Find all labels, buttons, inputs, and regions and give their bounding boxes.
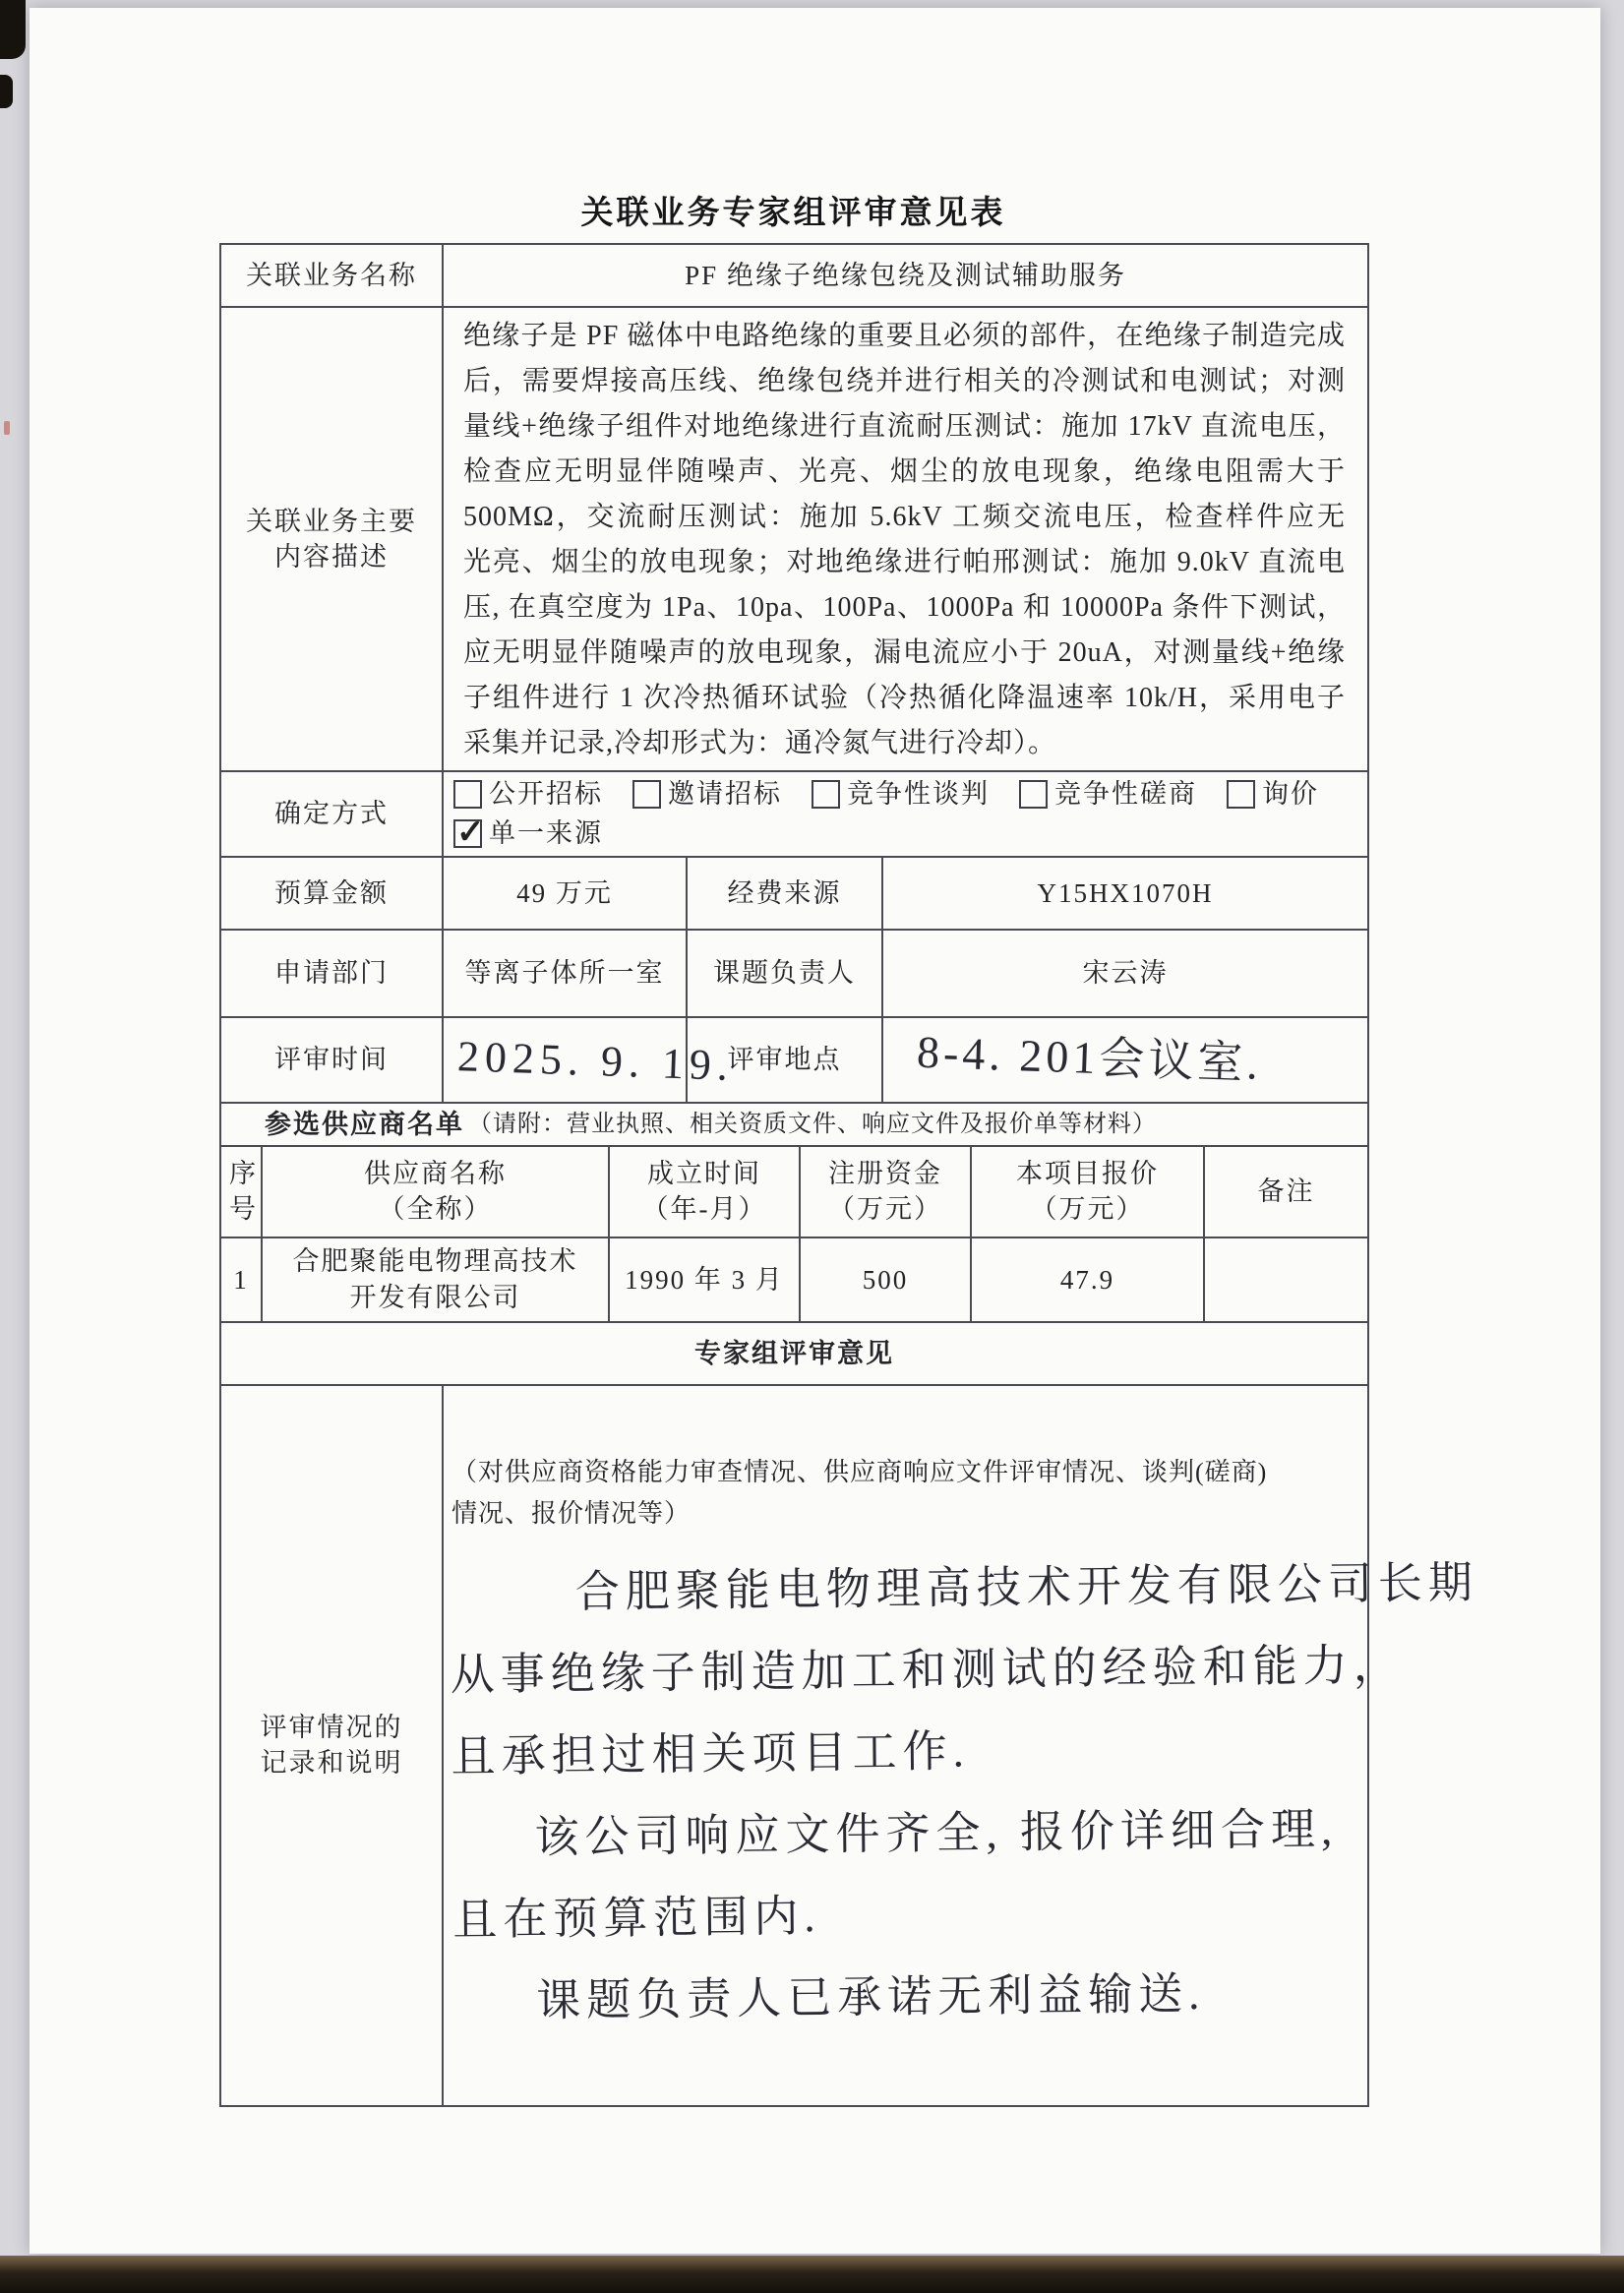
description-value: 绝缘子是 PF 磁体中电路绝缘的重要且必须的部件，在绝缘子制造完成 后，需要焊接… — [443, 307, 1368, 771]
record-label: 评审情况的 记录和说明 — [220, 1385, 443, 2106]
col-supplier-name: 供应商名称 （全称） — [262, 1146, 609, 1237]
opinion-cell: （对供应商资格能力审查情况、供应商响应文件评审情况、谈判(磋商) 情况、报价情况… — [443, 1385, 1368, 2106]
checkbox-checked-icon: ✓ — [453, 819, 482, 848]
col-founded: 成立时间 （年-月） — [609, 1146, 800, 1237]
row-business-name: 关联业务名称 PF 绝缘子绝缘包绕及测试辅助服务 — [220, 244, 1368, 307]
business-name-label: 关联业务名称 — [220, 244, 443, 307]
col-remark: 备注 — [1204, 1146, 1368, 1237]
method-options-row1: 公开招标 邀请招标 竞争性谈判 — [453, 776, 1357, 812]
department-value: 等离子体所一室 — [443, 930, 687, 1017]
funding-value: Y15HX1070H — [882, 857, 1368, 930]
supplier-section-title: 参选供应商名单 （请附：营业执照、相关资质文件、响应文件及报价单等材料） — [229, 1107, 1359, 1142]
method-option: 竞争性磋商 — [1019, 776, 1197, 812]
funding-label: 经费来源 — [687, 857, 882, 930]
expert-section-title: 专家组评审意见 — [220, 1322, 1368, 1385]
expert-table: 专家组评审意见 评审情况的 记录和说明 （对供应商资格能力审查情况、供应商响应文… — [219, 1321, 1369, 2107]
budget-value: 49 万元 — [443, 857, 687, 930]
checkbox-empty-icon — [1227, 780, 1255, 809]
method-options-row2: ✓ 单一来源 — [453, 815, 1357, 851]
review-time-value: 2025. 9. 19. — [443, 1017, 687, 1103]
method-option: 邀请招标 — [632, 776, 782, 812]
method-option: 公开招标 — [453, 776, 603, 812]
scan-artifact — [4, 421, 10, 435]
expert-body-row: 评审情况的 记录和说明 （对供应商资格能力审查情况、供应商响应文件评审情况、谈判… — [220, 1385, 1368, 2106]
business-name-value: PF 绝缘子绝缘包绕及测试辅助服务 — [443, 244, 1368, 307]
supplier-founded: 1990 年 3 月 — [609, 1237, 800, 1322]
review-place-value: 8-4. 201会议室. — [882, 1017, 1368, 1103]
handwritten-place: 8-4. 201会议室. — [890, 1021, 1360, 1099]
supplier-table: 序 号 供应商名称 （全称） 成立时间 （年-月） 注册资金 （万元） 本项目报… — [219, 1145, 1369, 1323]
handwritten-opinion: 合肥聚能电物理高技术开发有限公司长期 从事绝缘子制造加工和测试的经验和能力， 且… — [449, 1544, 1361, 2044]
checkbox-empty-icon — [632, 780, 661, 809]
col-quote: 本项目报价 （万元） — [971, 1146, 1204, 1237]
page-title: 关联业务专家组评审意见表 — [219, 187, 1367, 233]
document: 关联业务专家组评审意见表 关联业务名称 PF 绝缘子绝缘包绕及测试辅助服务 关联… — [219, 187, 1367, 2107]
method-option: 询价 — [1227, 776, 1319, 812]
supplier-name: 合肥聚能电物理高技术 开发有限公司 — [262, 1237, 609, 1322]
supplier-quote: 47.9 — [971, 1237, 1204, 1322]
supplier-row: 1 合肥聚能电物理高技术 开发有限公司 1990 年 3 月 500 47.9 — [220, 1237, 1368, 1322]
handwritten-date: 2025. 9. 19. — [451, 1027, 679, 1093]
checkbox-empty-icon — [1019, 780, 1048, 809]
review-time-label: 评审时间 — [220, 1017, 443, 1103]
checkbox-empty-icon — [812, 780, 840, 809]
description-label: 关联业务主要 内容描述 — [220, 307, 443, 771]
col-seq: 序 号 — [220, 1146, 262, 1237]
col-capital: 注册资金 （万元） — [800, 1146, 971, 1237]
supplier-remark — [1204, 1237, 1368, 1322]
budget-label: 预算金额 — [220, 857, 443, 930]
method-options-cell: 公开招标 邀请招标 竞争性谈判 — [443, 771, 1368, 857]
row-budget: 预算金额 49 万元 经费来源 Y15HX1070H — [220, 857, 1368, 930]
leader-value: 宋云涛 — [882, 930, 1368, 1017]
scan-artifact — [0, 75, 13, 108]
method-option-checked: ✓ 单一来源 — [453, 815, 603, 851]
row-department: 申请部门 等离子体所一室 课题负责人 宋云涛 — [220, 930, 1368, 1017]
description-paragraph: 绝缘子是 PF 磁体中电路绝缘的重要且必须的部件，在绝缘子制造完成 后，需要焊接… — [451, 308, 1359, 770]
info-table: 关联业务名称 PF 绝缘子绝缘包绕及测试辅助服务 关联业务主要 内容描述 绝缘子… — [219, 243, 1369, 1147]
supplier-section-header: 参选供应商名单 （请附：营业执照、相关资质文件、响应文件及报价单等材料） — [220, 1103, 1368, 1146]
supplier-seq: 1 — [220, 1237, 262, 1322]
scan-artifact — [0, 0, 26, 59]
supplier-capital: 500 — [800, 1237, 971, 1322]
row-supplier-section: 参选供应商名单 （请附：营业执照、相关资质文件、响应文件及报价单等材料） — [220, 1103, 1368, 1146]
method-options: 公开招标 邀请招标 竞争性谈判 — [451, 772, 1359, 856]
scanned-page: 关联业务专家组评审意见表 关联业务名称 PF 绝缘子绝缘包绕及测试辅助服务 关联… — [0, 0, 1624, 2293]
scan-edge — [0, 2256, 1624, 2293]
checkbox-empty-icon — [453, 780, 482, 809]
supplier-header-row: 序 号 供应商名称 （全称） 成立时间 （年-月） 注册资金 （万元） 本项目报… — [220, 1146, 1368, 1237]
department-label: 申请部门 — [220, 930, 443, 1017]
expert-section-row: 专家组评审意见 — [220, 1322, 1368, 1385]
method-option: 竞争性谈判 — [812, 776, 990, 812]
method-label: 确定方式 — [220, 771, 443, 857]
leader-label: 课题负责人 — [687, 930, 882, 1017]
row-description: 关联业务主要 内容描述 绝缘子是 PF 磁体中电路绝缘的重要且必须的部件，在绝缘… — [220, 307, 1368, 771]
row-method: 确定方式 公开招标 邀请招标 — [220, 771, 1368, 857]
row-review-time: 评审时间 2025. 9. 19. 评审地点 8-4. 201会议室. — [220, 1017, 1368, 1103]
opinion-printed-note: （对供应商资格能力审查情况、供应商响应文件评审情况、谈判(磋商) 情况、报价情况… — [451, 1452, 1359, 1535]
